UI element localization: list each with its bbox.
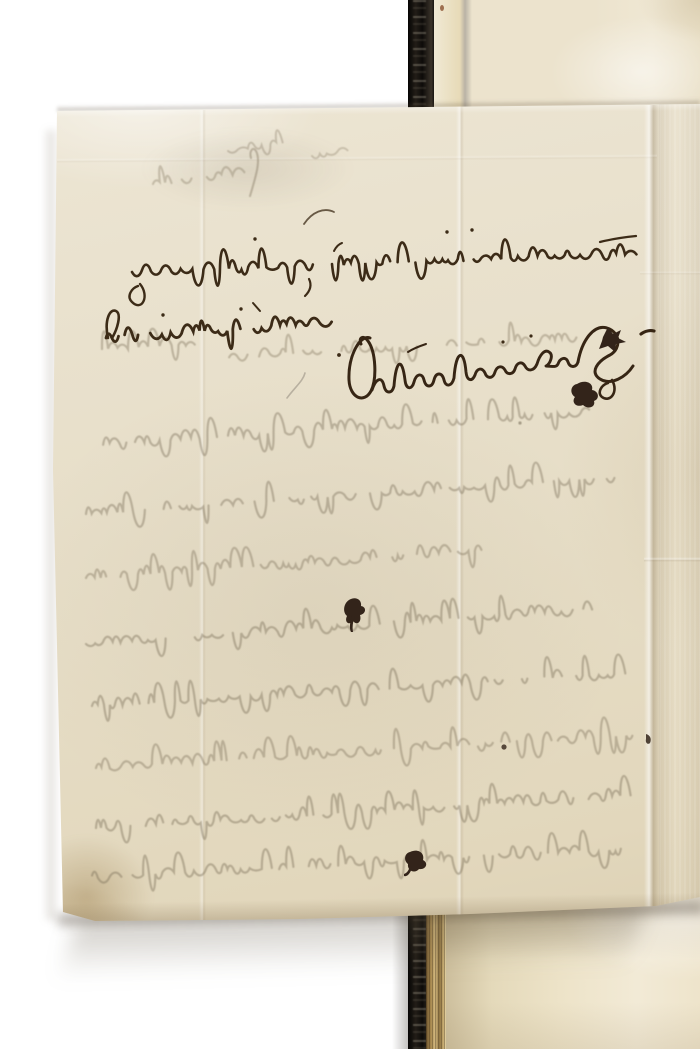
signature-text: Chateaubriand xyxy=(0,0,1,1)
fold-crease-vertical-center xyxy=(456,106,464,918)
showthrough-note: Faint mirrored show-through of the handw… xyxy=(0,0,1,1)
letter-transcription: Croyez Monsieur, à mon dévouement bien s… xyxy=(0,0,1,1)
fold-crease-horizontal-upper-right xyxy=(640,271,700,275)
fold-crease-horizontal-right xyxy=(644,557,700,562)
folded-right-panel xyxy=(659,104,700,906)
photo-of-letter: Croyez Monsieur, à mon dévouement bien s… xyxy=(0,0,700,1049)
closing-line-2: bien sincère. xyxy=(0,0,1,1)
page-speck xyxy=(440,5,444,11)
paper-smudge-top xyxy=(140,128,355,210)
fold-crease-vertical-left xyxy=(199,110,206,922)
letter-sheet xyxy=(0,0,700,1049)
closing-line-1: Croyez Monsieur, à mon dévouement xyxy=(0,0,1,1)
